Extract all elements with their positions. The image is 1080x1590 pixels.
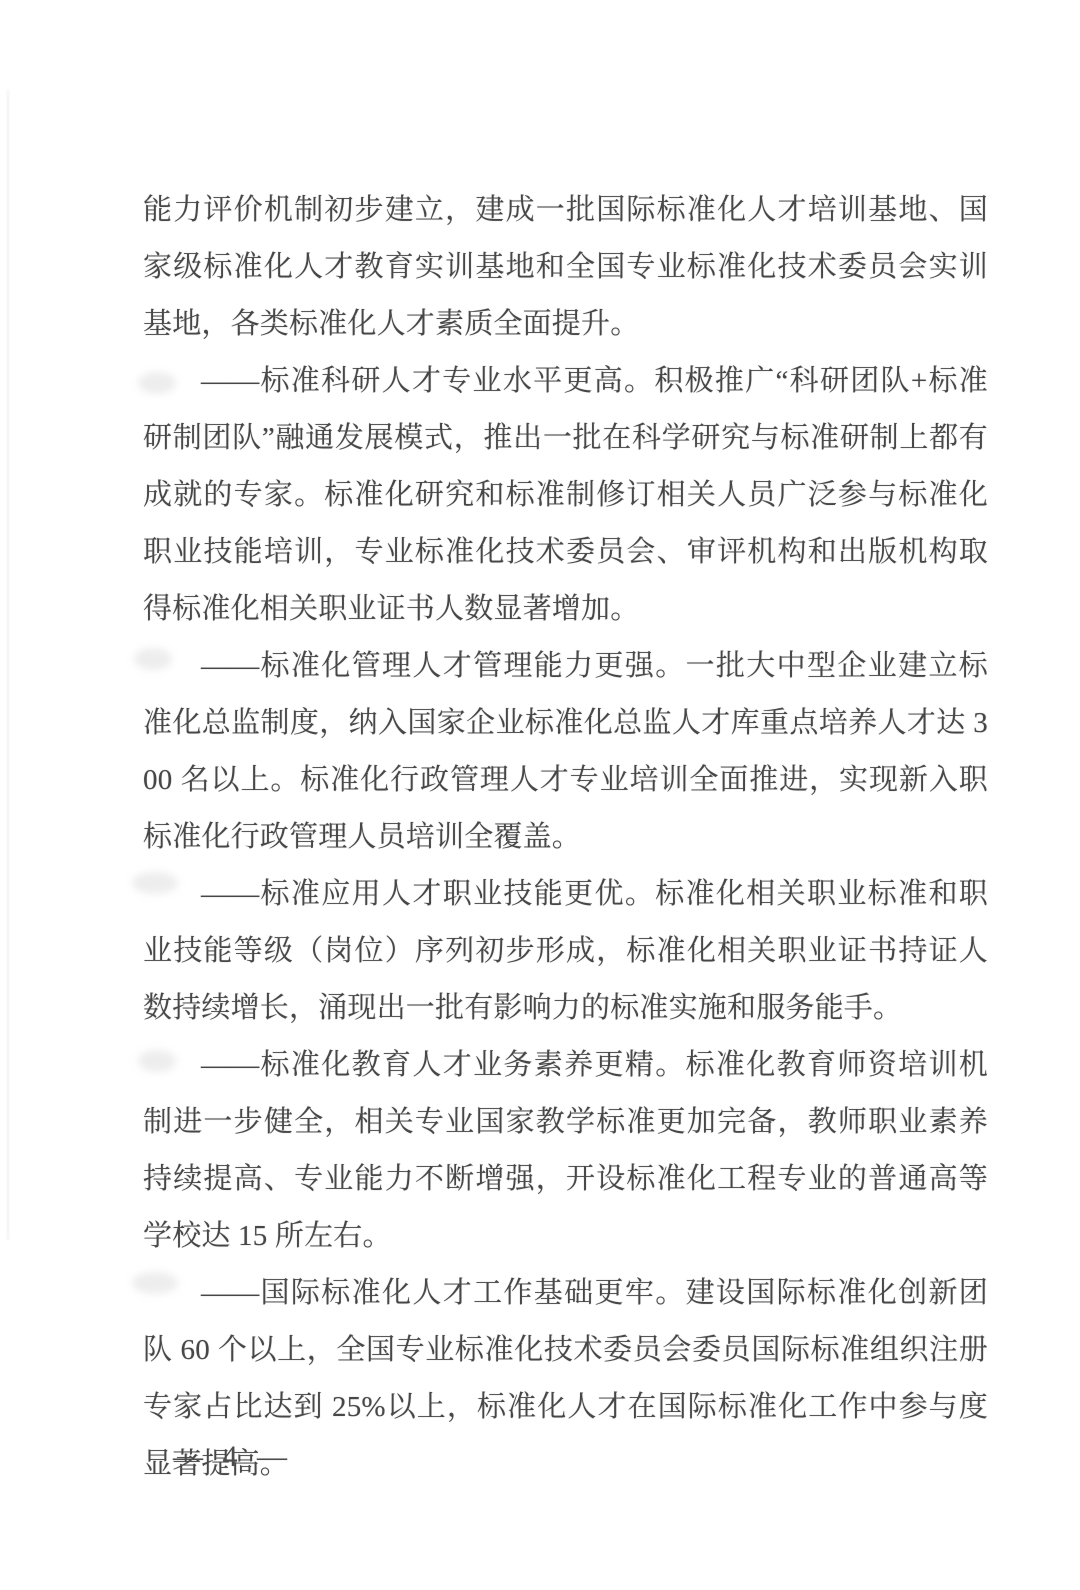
- paragraph-continuation-talent-quality: 能力评价机制初步建立，建成一批国际标准化人才培训基地、国家级标准化人才教育实训基…: [143, 182, 988, 353]
- paragraph-application-talent: ——标准应用人才职业技能更优。标准化相关职业标准和职业技能等级（岗位）序列初步形…: [143, 866, 988, 1037]
- page-footer: — 4 —: [173, 1437, 288, 1477]
- paragraph-education-talent: ——标准化教育人才业务素养更精。标准化教育师资培训机制进一步健全，相关专业国家教…: [143, 1037, 988, 1265]
- paragraph-management-talent: ——标准化管理人才管理能力更强。一批大中型企业建立标准化总监制度，纳入国家企业标…: [143, 638, 988, 866]
- paragraph-research-talent: ——标准科研人才专业水平更高。积极推广“科研团队+标准研制团队”融通发展模式，推…: [143, 353, 988, 638]
- scan-edge-artifact: [7, 90, 9, 1240]
- page-number: — 4 —: [173, 1440, 288, 1473]
- document-body: 能力评价机制初步建立，建成一批国际标准化人才培训基地、国家级标准化人才教育实训基…: [143, 182, 988, 1493]
- scanned-document-page: 能力评价机制初步建立，建成一批国际标准化人才培训基地、国家级标准化人才教育实训基…: [0, 0, 1080, 1590]
